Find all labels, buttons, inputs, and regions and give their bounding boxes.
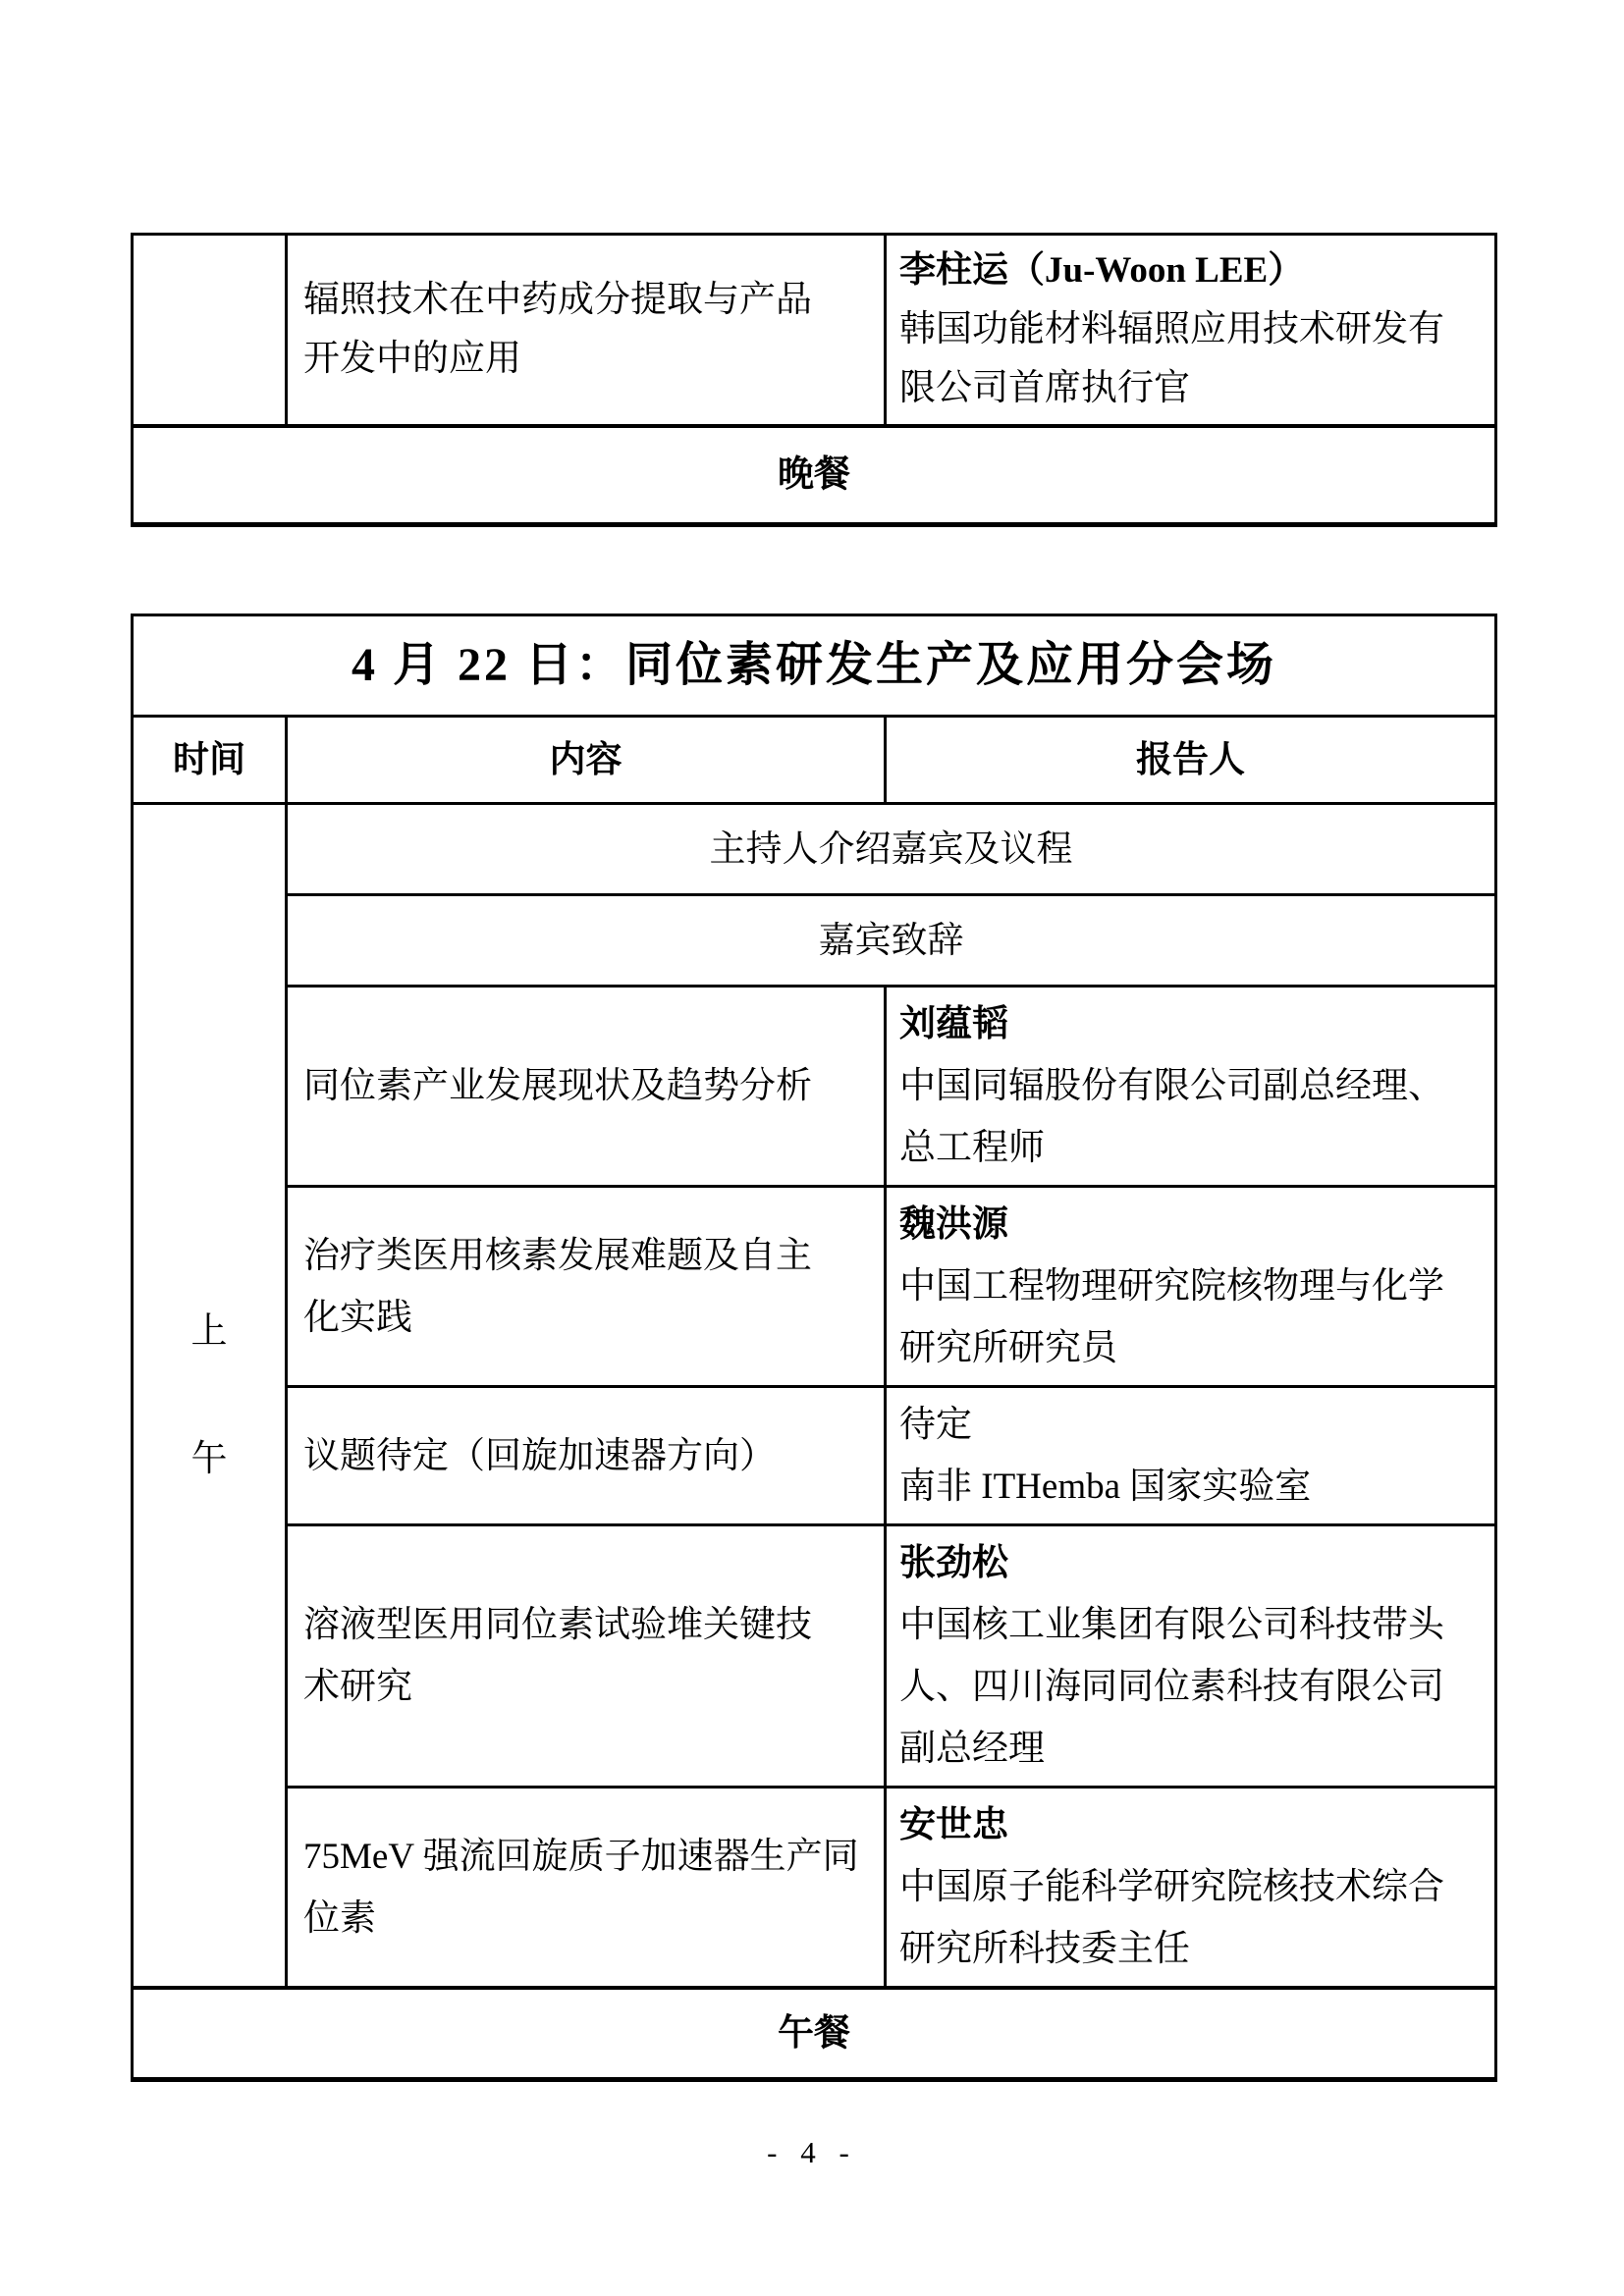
table-row: 辐照技术在中药成分提取与产品 开发中的应用 李柱运（Ju-Woon LEE） 韩…: [133, 235, 1496, 427]
agenda-table-continued: 辐照技术在中药成分提取与产品 开发中的应用 李柱运（Ju-Woon LEE） 韩…: [131, 233, 1497, 527]
speaker-cell: 张劲松 中国核工业集团有限公司科技带头 人、四川海同同位素科技有限公司 副总经理: [886, 1525, 1496, 1788]
talk-row: 议题待定（回旋加速器方向） 待定 南非 ITHemba 国家实验室: [133, 1387, 1496, 1525]
speaker-affiliation: 中国核工业集团有限公司科技带头 人、四川海同同位素科技有限公司 副总经理: [899, 1594, 1487, 1780]
speaker-affiliation: 中国原子能科学研究院核技术综合 研究所科技委主任: [899, 1856, 1487, 1980]
content-cell: 治疗类医用核素发展难题及自主 化实践: [287, 1187, 886, 1387]
meal-row: 午餐: [133, 1988, 1496, 2079]
plenary-row: 嘉宾致辞: [133, 895, 1496, 987]
meal-row: 晚餐: [133, 426, 1496, 524]
plenary-item: 嘉宾致辞: [287, 895, 1496, 987]
col-header-speaker: 报告人: [886, 717, 1496, 804]
speaker-affiliation: 中国同辐股份有限公司副总经理、 总工程师: [899, 1055, 1487, 1179]
speaker-affiliation: 韩国功能材料辐照应用技术研发有 限公司首席执行官: [899, 300, 1487, 418]
session-title: 4 月 22 日：同位素研发生产及应用分会场: [133, 615, 1496, 717]
speaker-name: 安世忠: [899, 1794, 1487, 1856]
speaker-name: 张劲松: [899, 1532, 1487, 1594]
speaker-cell: 魏洪源 中国工程物理研究院核物理与化学 研究所研究员: [886, 1187, 1496, 1387]
plenary-item: 主持人介绍嘉宾及议程: [287, 804, 1496, 895]
content-cell: 75MeV 强流回旋质子加速器生产同 位素: [287, 1788, 886, 1989]
page-number: - 4 -: [0, 2135, 1624, 2170]
talk-row: 75MeV 强流回旋质子加速器生产同 位素 安世忠 中国原子能科学研究院核技术综…: [133, 1788, 1496, 1989]
speaker-name: 刘蕴韬: [899, 993, 1487, 1055]
speaker-cell: 待定 南非 ITHemba 国家实验室: [886, 1387, 1496, 1525]
content-cell: 溶液型医用同位素试验堆关键技 术研究: [287, 1525, 886, 1788]
content-cell: 议题待定（回旋加速器方向）: [287, 1387, 886, 1525]
lunch-label: 午餐: [133, 1988, 1496, 2079]
col-header-content: 内容: [287, 717, 886, 804]
speaker-cell: 安世忠 中国原子能科学研究院核技术综合 研究所科技委主任: [886, 1788, 1496, 1989]
session-agenda-table: 4 月 22 日：同位素研发生产及应用分会场 时间 内容 报告人 上 午 主持人…: [131, 614, 1497, 2082]
speaker-name: 魏洪源: [899, 1194, 1487, 1255]
content-cell: 同位素产业发展现状及趋势分析: [287, 987, 886, 1187]
speaker-affiliation: 南非 ITHemba 国家实验室: [899, 1456, 1487, 1518]
content-cell: 辐照技术在中药成分提取与产品 开发中的应用: [287, 235, 886, 427]
speaker-name: 李柱运（Ju-Woon LEE）: [899, 241, 1487, 300]
time-empty-cell: [133, 235, 287, 427]
speaker-affiliation: 中国工程物理研究院核物理与化学 研究所研究员: [899, 1255, 1487, 1379]
dinner-label: 晚餐: [133, 426, 1496, 524]
talk-row: 治疗类医用核素发展难题及自主 化实践 魏洪源 中国工程物理研究院核物理与化学 研…: [133, 1187, 1496, 1387]
talk-row: 同位素产业发展现状及趋势分析 刘蕴韬 中国同辐股份有限公司副总经理、 总工程师: [133, 987, 1496, 1187]
title-row: 4 月 22 日：同位素研发生产及应用分会场: [133, 615, 1496, 717]
header-row: 时间 内容 报告人: [133, 717, 1496, 804]
plenary-row: 上 午 主持人介绍嘉宾及议程: [133, 804, 1496, 895]
speaker-name: 待定: [899, 1394, 1487, 1456]
speaker-cell: 刘蕴韬 中国同辐股份有限公司副总经理、 总工程师: [886, 987, 1496, 1187]
time-period-cell: 上 午: [133, 804, 287, 1989]
speaker-cell: 李柱运（Ju-Woon LEE） 韩国功能材料辐照应用技术研发有 限公司首席执行…: [886, 235, 1496, 427]
talk-row: 溶液型医用同位素试验堆关键技 术研究 张劲松 中国核工业集团有限公司科技带头 人…: [133, 1525, 1496, 1788]
col-header-time: 时间: [133, 717, 287, 804]
